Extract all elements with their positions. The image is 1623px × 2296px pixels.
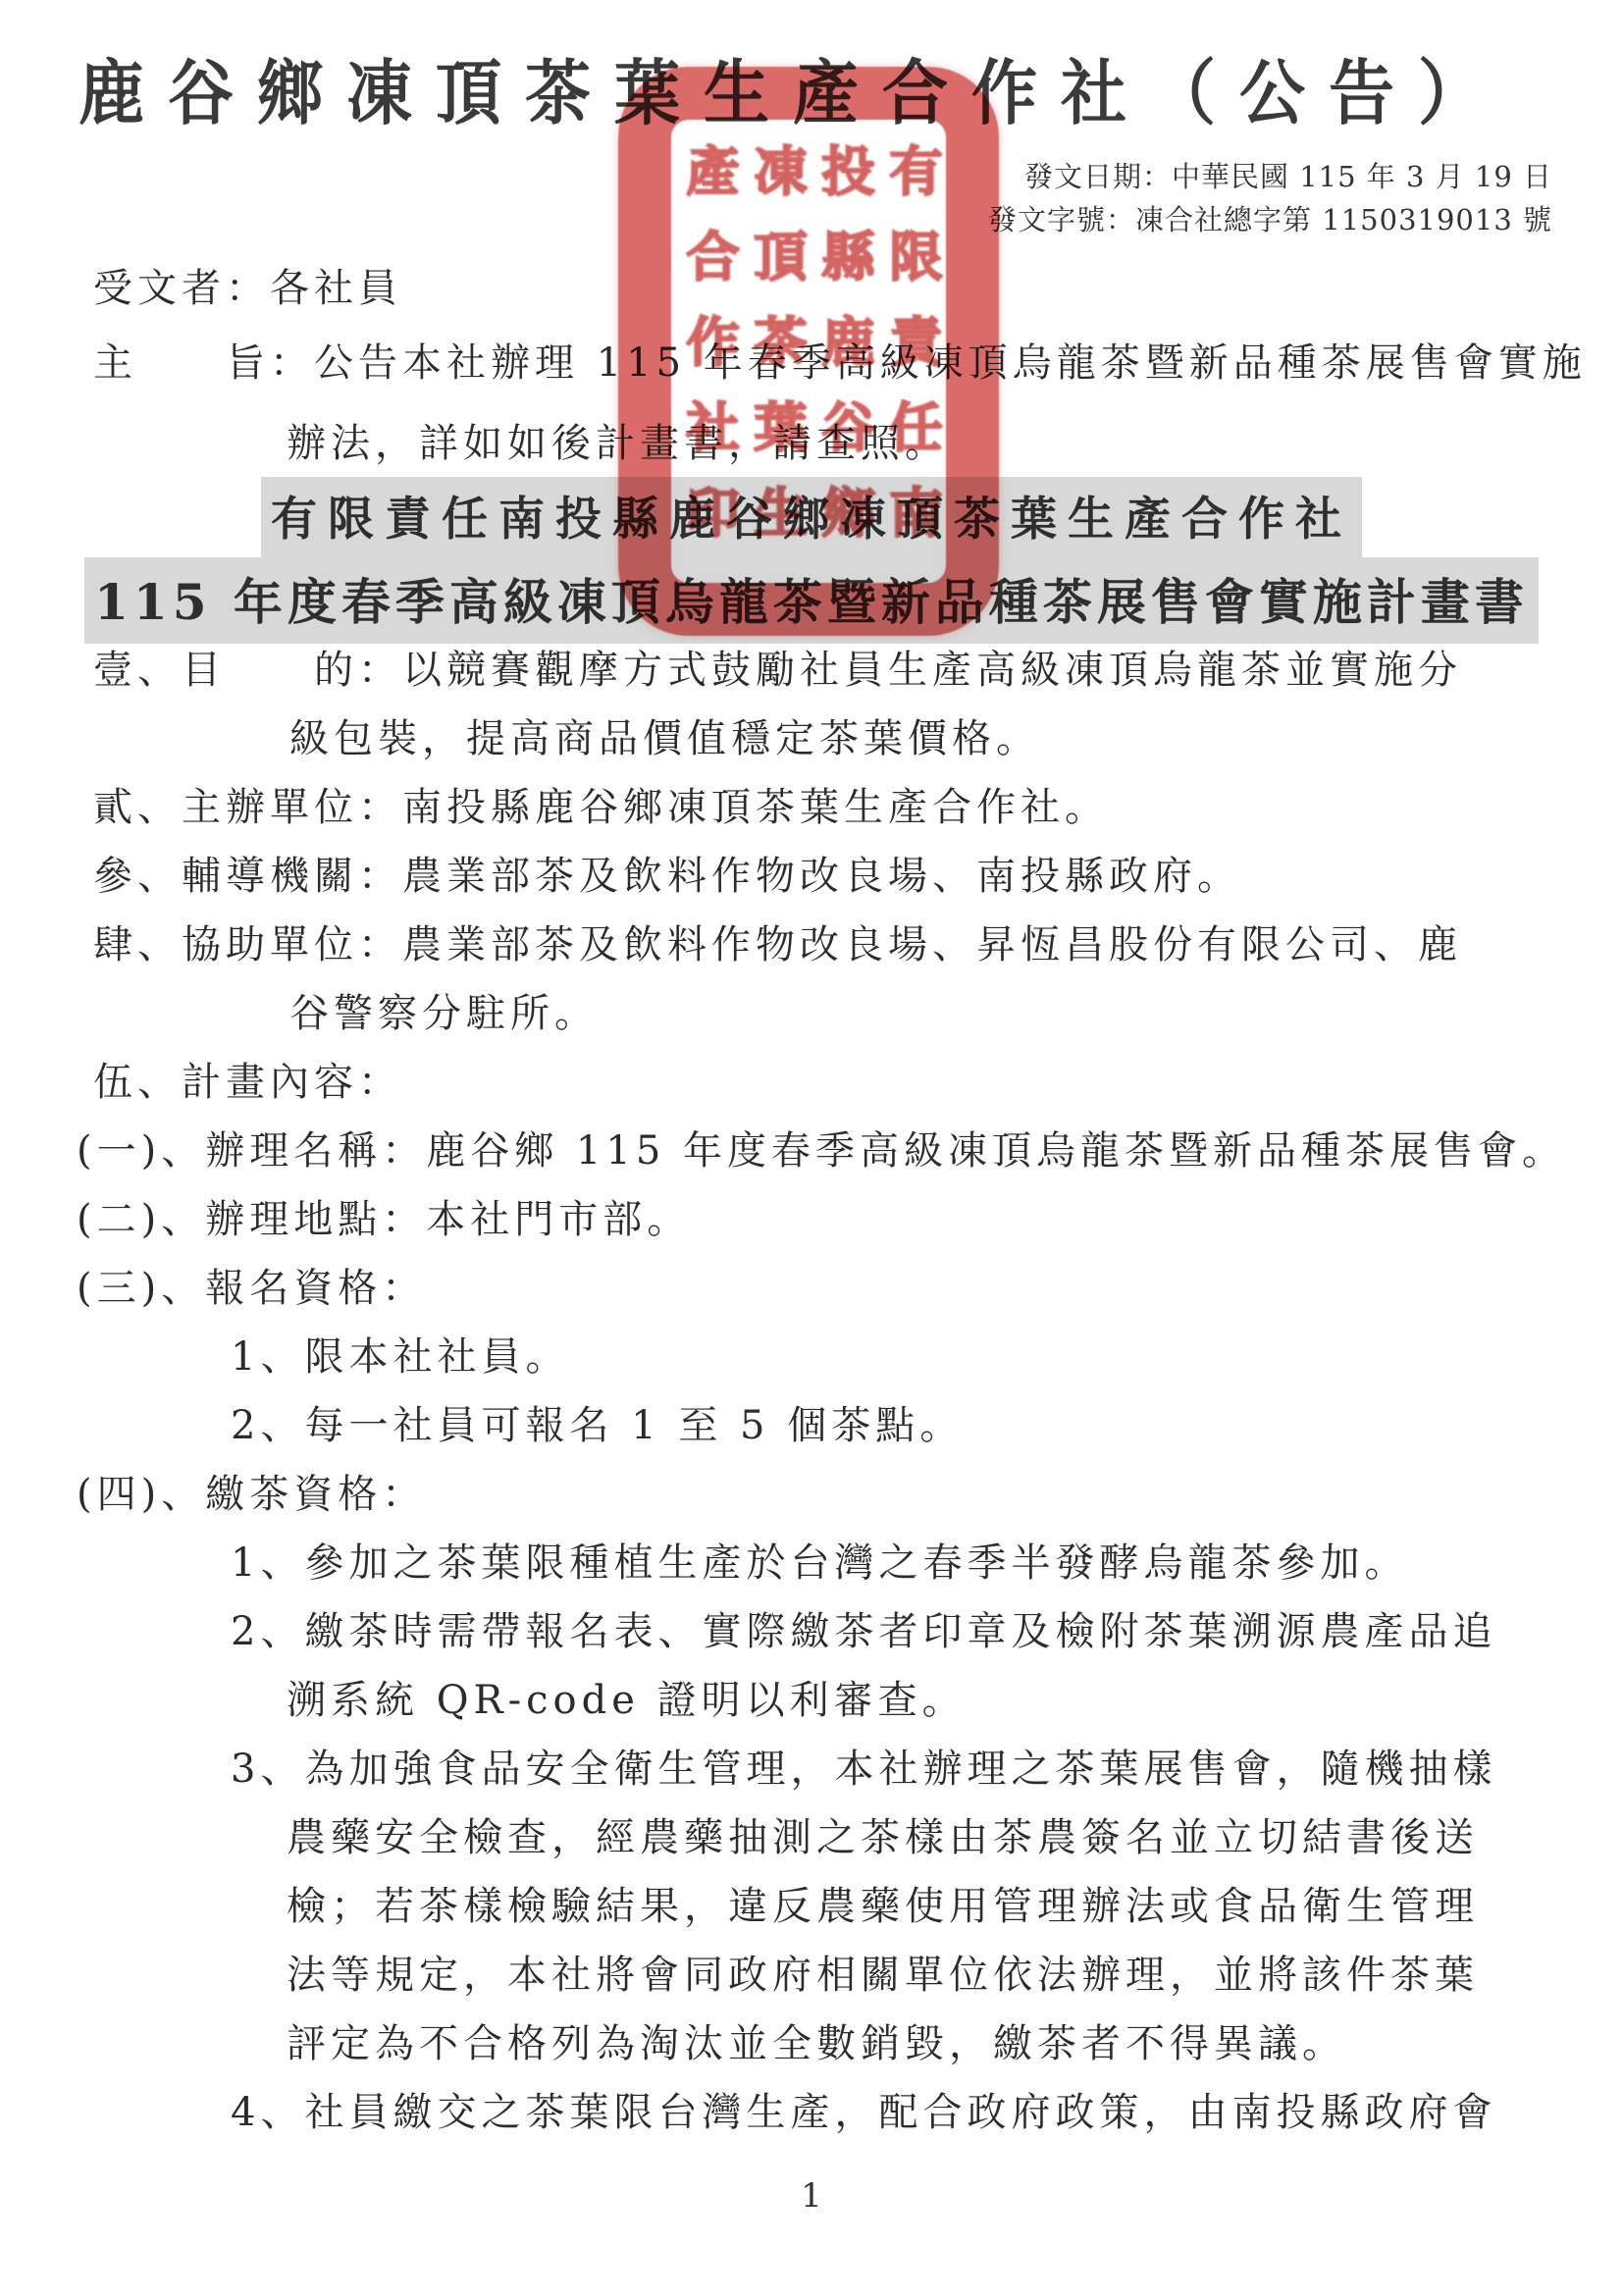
body-line: 檢；若茶樣檢驗結果，違反農藥使用管理辦法或食品衛生管理: [0, 1876, 1623, 1945]
document-body: 壹、目 的：以競賽觀摩方式鼓勵社員生產高級凍頂烏龍茶並實施分 級包裝，提高商品價…: [0, 640, 1623, 2151]
body-line: 肆、協助單位：農業部茶及飲料作物改良場、昇恆昌股份有限公司、鹿: [0, 914, 1623, 983]
body-line: 貳、主辦單位：南投縣鹿谷鄉凍頂茶葉生產合作社。: [0, 777, 1623, 846]
body-line: 法等規定，本社將會同政府相關單位依法辦理，並將該件茶葉: [0, 1945, 1623, 2013]
announcement-page: 鹿谷鄉凍頂茶葉生產合作社（公告） 發文日期：中華民國 115 年 3 月 19 …: [0, 0, 1623, 2296]
body-line: 4、社員繳交之茶葉限台灣生產，配合政府政策，由南投縣政府會: [0, 2082, 1623, 2151]
body-line: 伍、計畫內容：: [0, 1052, 1623, 1121]
body-line: 1、限本社社員。: [0, 1327, 1623, 1395]
heading-organization: 有限責任南投縣鹿谷鄉凍頂茶葉生產合作社: [0, 477, 1623, 558]
body-line: (一)、辦理名稱：鹿谷鄉 115 年度春季高級凍頂烏龍茶暨新品種茶展售會。: [0, 1121, 1623, 1189]
body-line: 3、為加強食品安全衛生管理，本社辦理之茶葉展售會，隨機抽樣: [0, 1739, 1623, 1807]
body-line: 級包裝，提高商品價值穩定茶葉價格。: [0, 708, 1623, 777]
doc-number: 發文字號：凍合社總字第 1150319013 號: [988, 198, 1552, 241]
body-line: (二)、辦理地點：本社門市部。: [0, 1189, 1623, 1258]
document-title: 鹿谷鄉凍頂茶葉生產合作社（公告）: [79, 37, 1580, 139]
body-line: 評定為不合格列為淘汰並全數銷毀，繳茶者不得異議。: [0, 2013, 1623, 2082]
body-line: 壹、目 的：以競賽觀摩方式鼓勵社員生產高級凍頂烏龍茶並實施分: [0, 640, 1623, 708]
body-line: 參、輔導機關：農業部茶及飲料作物改良場、南投縣政府。: [0, 846, 1623, 914]
body-line: 農藥安全檢查，經農藥抽測之茶樣由茶農簽名並立切結書後送: [0, 1807, 1623, 1876]
page-number: 1: [0, 2176, 1623, 2216]
body-line: 溯系統 QR-code 證明以利審查。: [0, 1670, 1623, 1739]
subject-line-2: 辦法，詳如如後計畫書，請查照。: [287, 412, 949, 468]
subject-line-1: 主 旨：公告本社辦理 115 年春季高級凍頂烏龍茶暨新品種茶展售會實施: [93, 332, 1587, 388]
body-line: (四)、繳茶資格：: [0, 1464, 1623, 1533]
heading-organization-text: 有限責任南投縣鹿谷鄉凍頂茶葉生產合作社: [261, 477, 1362, 558]
body-line: 2、每一社員可報名 1 至 5 個茶點。: [0, 1395, 1623, 1464]
document-meta: 發文日期：中華民國 115 年 3 月 19 日 發文字號：凍合社總字第 115…: [988, 155, 1552, 241]
recipient-line: 受文者：各社員: [93, 257, 402, 313]
heading-plan-text: 115 年度春季高級凍頂烏龍茶暨新品種茶展售會實施計畫書: [84, 557, 1539, 644]
heading-plan-title: 115 年度春季高級凍頂烏龍茶暨新品種茶展售會實施計畫書: [0, 557, 1623, 644]
body-line: (三)、報名資格：: [0, 1258, 1623, 1327]
body-line: 1、參加之茶葉限種植生產於台灣之春季半發酵烏龍茶參加。: [0, 1533, 1623, 1601]
body-line: 2、繳茶時需帶報名表、實際繳茶者印章及檢附茶葉溯源農產品追: [0, 1601, 1623, 1670]
body-line: 谷警察分駐所。: [0, 983, 1623, 1052]
issue-date: 發文日期：中華民國 115 年 3 月 19 日: [988, 155, 1552, 198]
